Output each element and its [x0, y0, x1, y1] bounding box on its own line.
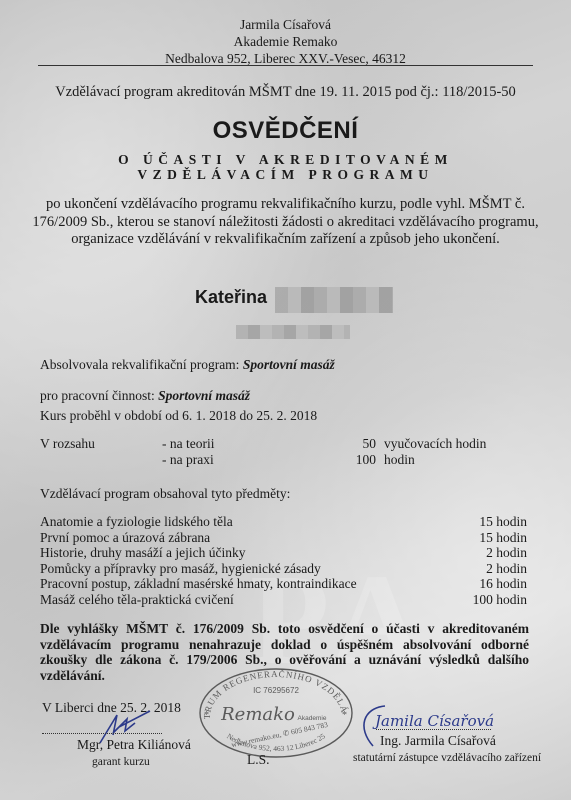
subject-hours: 16 hodin: [479, 576, 527, 592]
intro-paragraph: po ukončení vzdělávacího programu rekval…: [30, 196, 541, 249]
subject-row: Historie, druhy masáží a jejich účinky2 …: [40, 545, 527, 561]
scope-units: vyučovacích hodin hodin: [384, 436, 486, 468]
subjects-heading: Vzdělávací program obsahoval tyto předmě…: [40, 486, 290, 502]
guarantor-role: garant kurzu: [92, 756, 150, 768]
scope-practice-unit: hodin: [384, 452, 486, 468]
guarantor-name: Mgr, Petra Kiliánová: [77, 737, 191, 753]
certificate-page: PA Jarmila Císařová Akademie Remako Nedb…: [0, 0, 571, 800]
certificate-subtitle: O ÚČASTI V AKREDITOVANÉM VZDĚLÁVACÍM PRO…: [0, 152, 571, 182]
scope-practice-hours: 100: [340, 452, 376, 468]
subtitle-line-1: O ÚČASTI V AKREDITOVANÉM: [0, 152, 571, 167]
subject-row: Masáž celého těla-praktická cvičení100 h…: [40, 592, 527, 608]
issuer-header: Jarmila Císařová Akademie Remako Nedbalo…: [0, 16, 571, 67]
director-handwriting: Jamila Císařová: [372, 712, 494, 730]
scope-theory-unit: vyučovacích hodin: [384, 436, 486, 452]
scope-practice-label: - na praxi: [162, 452, 214, 468]
subject-hours: 15 hodin: [479, 514, 527, 530]
redacted-surname: [275, 287, 393, 313]
stamp-brand: Remako: [220, 704, 295, 725]
recipient-first-name: Kateřina: [195, 287, 267, 308]
scope-types: - na teorii - na praxi: [162, 436, 214, 468]
director-signature-line: [376, 729, 491, 730]
subject-hours: 2 hodin: [486, 545, 527, 561]
activity-line: pro pracovní činnost: Sportovní masáž: [40, 388, 250, 404]
subject-row: Pracovní postup, základní masérské hmaty…: [40, 576, 527, 592]
subject-name: Pomůcky a přípravky pro masáž, hygienick…: [40, 561, 321, 577]
issuer-organization: Akademie Remako: [0, 33, 571, 50]
subjects-list: Anatomie a fyziologie lidského těla15 ho…: [40, 514, 527, 607]
program-value: Sportovní masáž: [243, 357, 335, 372]
certificate-title: OSVĚDČENÍ: [0, 117, 571, 145]
accreditation-line: Vzdělávací program akreditován MŠMT dne …: [0, 84, 571, 101]
stamp-ic: IC 76295672: [253, 686, 299, 695]
subject-name: První pomoc a úrazová zábrana: [40, 530, 210, 546]
scope-theory-hours: 50: [340, 436, 376, 452]
subject-row: Anatomie a fyziologie lidského těla15 ho…: [40, 514, 527, 530]
activity-value: Sportovní masáž: [158, 388, 250, 403]
director-name: Ing. Jarmila Císařová: [380, 733, 496, 749]
scope-hours: 50 100: [340, 436, 376, 468]
program-label: Absolvovala rekvalifikační program:: [40, 357, 239, 372]
header-divider: [38, 65, 533, 66]
official-stamp-icon: CENTRUM REGENERAČNÍHO VZDĚLÁVÁNÍ IC 7629…: [196, 665, 356, 760]
subject-name: Masáž celého těla-praktická cvičení: [40, 592, 234, 608]
issuer-name: Jarmila Císařová: [0, 16, 571, 33]
subject-hours: 2 hodin: [486, 561, 527, 577]
subject-name: Anatomie a fyziologie lidského těla: [40, 514, 233, 530]
subject-row: První pomoc a úrazová zábrana15 hodin: [40, 530, 527, 546]
scope-theory-label: - na teorii: [162, 436, 214, 452]
program-line: Absolvovala rekvalifikační program: Spor…: [40, 357, 335, 373]
redacted-birth-info: [236, 325, 350, 339]
guarantor-signature-line: [42, 733, 162, 734]
course-period: Kurs proběhl v období od 6. 1. 2018 do 2…: [40, 408, 317, 424]
scope-label: V rozsahu: [40, 436, 95, 452]
subtitle-line-2: VZDĚLÁVACÍM PROGRAMU: [0, 167, 571, 182]
subject-hours: 100 hodin: [473, 592, 527, 608]
svg-text:*: *: [204, 710, 209, 721]
subject-row: Pomůcky a přípravky pro masáž, hygienick…: [40, 561, 527, 577]
svg-text:*: *: [342, 710, 347, 721]
subject-name: Historie, druhy masáží a jejich účinky: [40, 545, 245, 561]
activity-label: pro pracovní činnost:: [40, 388, 155, 403]
seal-label: L.S.: [247, 752, 270, 768]
director-role: statutární zástupce vzdělávacího zařízen…: [353, 752, 541, 764]
subject-hours: 15 hodin: [479, 530, 527, 546]
subject-name: Pracovní postup, základní masérské hmaty…: [40, 576, 357, 592]
